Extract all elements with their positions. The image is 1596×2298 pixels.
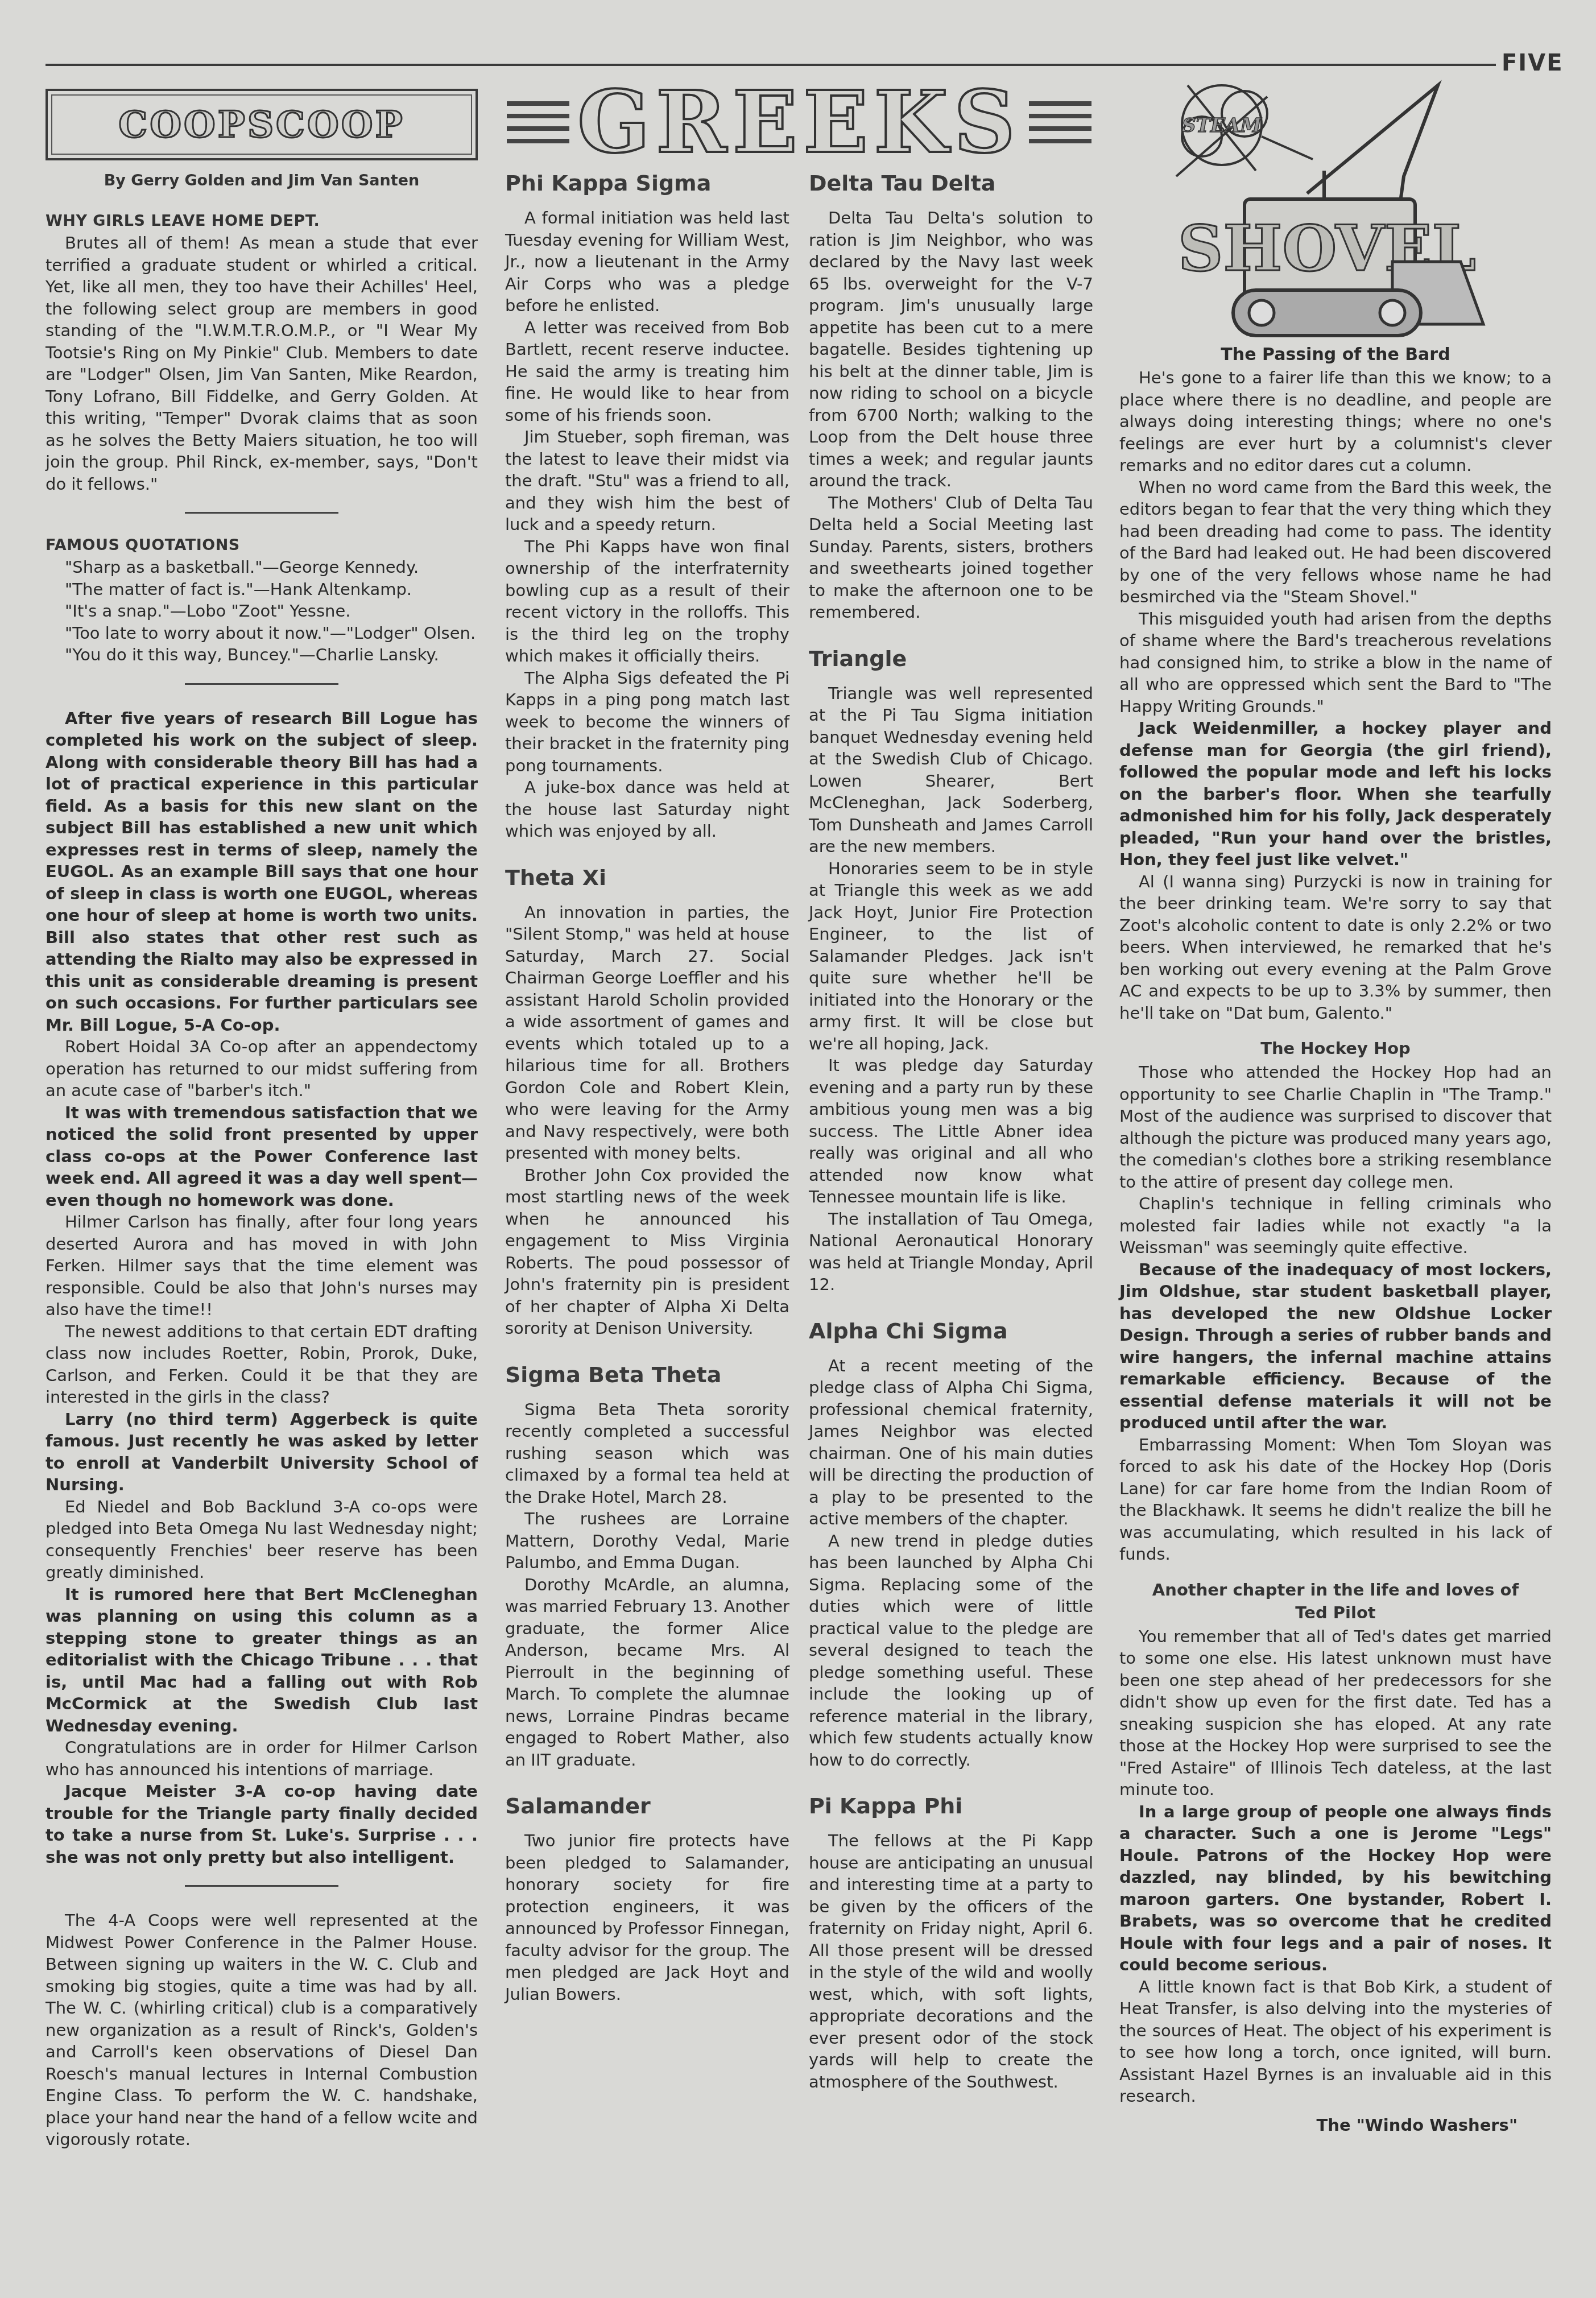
quote: "The matter of fact is."—Hank Altenkamp. (46, 578, 478, 601)
section-heading-theta-xi: Theta Xi (505, 865, 789, 890)
article-paragraph: A juke-box dance was held at the house l… (505, 776, 789, 842)
article-paragraph: A formal initiation was held last Tuesda… (505, 207, 789, 317)
section-heading-triangle: Triangle (809, 646, 1093, 671)
ted-pilot-heading-line1: Another chapter in the life and loves of (1119, 1580, 1552, 1599)
steam-shovel-illustration-icon: STEAM SHOVEL (1165, 74, 1506, 341)
divider (185, 1885, 338, 1887)
famous-quotations-heading: FAMOUS QUOTATIONS (46, 536, 478, 554)
top-rule (46, 64, 1496, 66)
coop-item: Larry (no third term) Aggerbeck is quite… (46, 1408, 478, 1496)
quote: "You do it this way, Buncey."—Charlie La… (46, 644, 478, 666)
quote: "It's a snap."—Lobo "Zoot" Yessne. (46, 600, 478, 622)
coop-item: Robert Hoidal 3A Co-op after an appendec… (46, 1036, 478, 1102)
article-paragraph: The rushees are Lorraine Mattern, Doroth… (505, 1508, 789, 1574)
article-paragraph: Two junior fire protects have been pledg… (505, 1830, 789, 2005)
article-paragraph: A new trend in pledge duties has been la… (809, 1530, 1093, 1771)
greeks-column-1: Phi Kappa Sigma A formal initiation was … (505, 85, 789, 2005)
article-paragraph: Because of the inadequacy of most locker… (1119, 1259, 1552, 1434)
coop-item: Ed Niedel and Bob Backlund 3-A co-ops we… (46, 1496, 478, 1584)
passing-of-bard-heading: The Passing of the Bard (1119, 345, 1552, 365)
article-paragraph: Dorothy McArdle, an alumna, was married … (505, 1574, 789, 1771)
section-heading-phi-kappa-sigma: Phi Kappa Sigma (505, 171, 789, 196)
section-heading-pi-kappa-phi: Pi Kappa Phi (809, 1793, 1093, 1818)
ted-pilot-heading-line2: Ted Pilot (1119, 1603, 1552, 1622)
greeks-column-2: Delta Tau Delta Delta Tau Delta's soluti… (809, 85, 1093, 2093)
why-girls-heading: WHY GIRLS LEAVE HOME DEPT. (46, 212, 478, 230)
coop-item: Congratulations are in order for Hilmer … (46, 1737, 478, 1780)
why-girls-body: Brutes all of them! As mean a stude that… (46, 232, 478, 495)
quote: "Sharp as a basketball."—George Kennedy. (46, 556, 478, 578)
section-heading-delta-tau-delta: Delta Tau Delta (809, 171, 1093, 196)
article-paragraph: A little known fact is that Bob Kirk, a … (1119, 1976, 1552, 2107)
article-paragraph: At a recent meeting of the pledge class … (809, 1355, 1093, 1530)
article-paragraph: It was pledge day Saturday evening and a… (809, 1055, 1093, 1208)
signoff: The "Windo Washers" (1119, 2115, 1552, 2135)
quote: "Too late to worry about it now."—"Lodge… (46, 622, 478, 644)
article-paragraph: The Phi Kapps have won final ownership o… (505, 536, 789, 667)
coop-closing: The 4-A Coops were well represented at t… (46, 1910, 478, 2151)
article-paragraph: Honoraries seem to be in style at Triang… (809, 858, 1093, 1055)
newspaper-page: FIVE GREEKS COOPSCOOP By Gerry Golden an… (0, 0, 1596, 2298)
article-paragraph: In a large group of people one always fi… (1119, 1801, 1552, 1976)
article-paragraph: Al (I wanna sing) Purzycki is now in tra… (1119, 871, 1552, 1024)
steam-shovel-column: STEAM SHOVEL The Passing of the Bard He'… (1119, 74, 1552, 2135)
coop-item: Hilmer Carlson has finally, after four l… (46, 1211, 478, 1321)
divider (185, 512, 338, 514)
article-paragraph: This misguided youth had arisen from the… (1119, 608, 1552, 718)
article-paragraph: The Mothers' Club of Delta Tau Delta hel… (809, 492, 1093, 623)
article-paragraph: Jack Weidenmiller, a hockey player and d… (1119, 717, 1552, 871)
article-paragraph: The Alpha Sigs defeated the Pi Kapps in … (505, 667, 789, 777)
article-paragraph: Triangle was well represented at the Pi … (809, 683, 1093, 858)
article-paragraph: Brother John Cox provided the most start… (505, 1164, 789, 1340)
article-paragraph: An innovation in parties, the "Silent St… (505, 902, 789, 1164)
article-paragraph: When no word came from the Bard this wee… (1119, 477, 1552, 608)
coopscoop-masthead: COOPSCOOP (46, 89, 478, 160)
article-paragraph: The installation of Tau Omega, National … (809, 1208, 1093, 1296)
coopscoop-title: COOPSCOOP (118, 104, 404, 146)
page-folio: FIVE (1502, 50, 1564, 76)
byline: By Gerry Golden and Jim Van Santen (46, 172, 478, 189)
steam-shovel-logo: STEAM SHOVEL (1165, 74, 1506, 341)
article-paragraph: Jim Stueber, soph fireman, was the lates… (505, 426, 789, 536)
divider (185, 683, 338, 685)
article-paragraph: Those who attended the Hockey Hop had an… (1119, 1061, 1552, 1193)
section-heading-salamander: Salamander (505, 1793, 789, 1818)
article-paragraph: A letter was received from Bob Bartlett,… (505, 317, 789, 427)
article-paragraph: Delta Tau Delta's solution to ration is … (809, 207, 1093, 492)
hockey-hop-heading: The Hockey Hop (1119, 1039, 1552, 1058)
coop-item: After five years of research Bill Logue … (46, 708, 478, 1036)
article-paragraph: Embarrassing Moment: When Tom Sloyan was… (1119, 1434, 1552, 1565)
article-paragraph: The fellows at the Pi Kapp house are ant… (809, 1830, 1093, 2093)
coop-item: Jacque Meister 3-A co-op having date tro… (46, 1780, 478, 1868)
section-heading-sigma-beta-theta: Sigma Beta Theta (505, 1362, 789, 1387)
coop-item: It is rumored here that Bert McCleneghan… (46, 1584, 478, 1737)
coop-item: The newest additions to that certain EDT… (46, 1321, 478, 1408)
article-paragraph: Sigma Beta Theta sorority recently compl… (505, 1399, 789, 1508)
article-paragraph: He's gone to a fairer life than this we … (1119, 367, 1552, 477)
article-paragraph: You remember that all of Ted's dates get… (1119, 1626, 1552, 1801)
section-heading-alpha-chi-sigma: Alpha Chi Sigma (809, 1319, 1093, 1344)
svg-text:STEAM: STEAM (1182, 114, 1262, 137)
article-paragraph: Chaplin's technique in felling criminals… (1119, 1193, 1552, 1259)
coopscoop-column: COOPSCOOP By Gerry Golden and Jim Van Sa… (46, 85, 478, 2151)
coop-item: It was with tremendous satisfaction that… (46, 1102, 478, 1212)
